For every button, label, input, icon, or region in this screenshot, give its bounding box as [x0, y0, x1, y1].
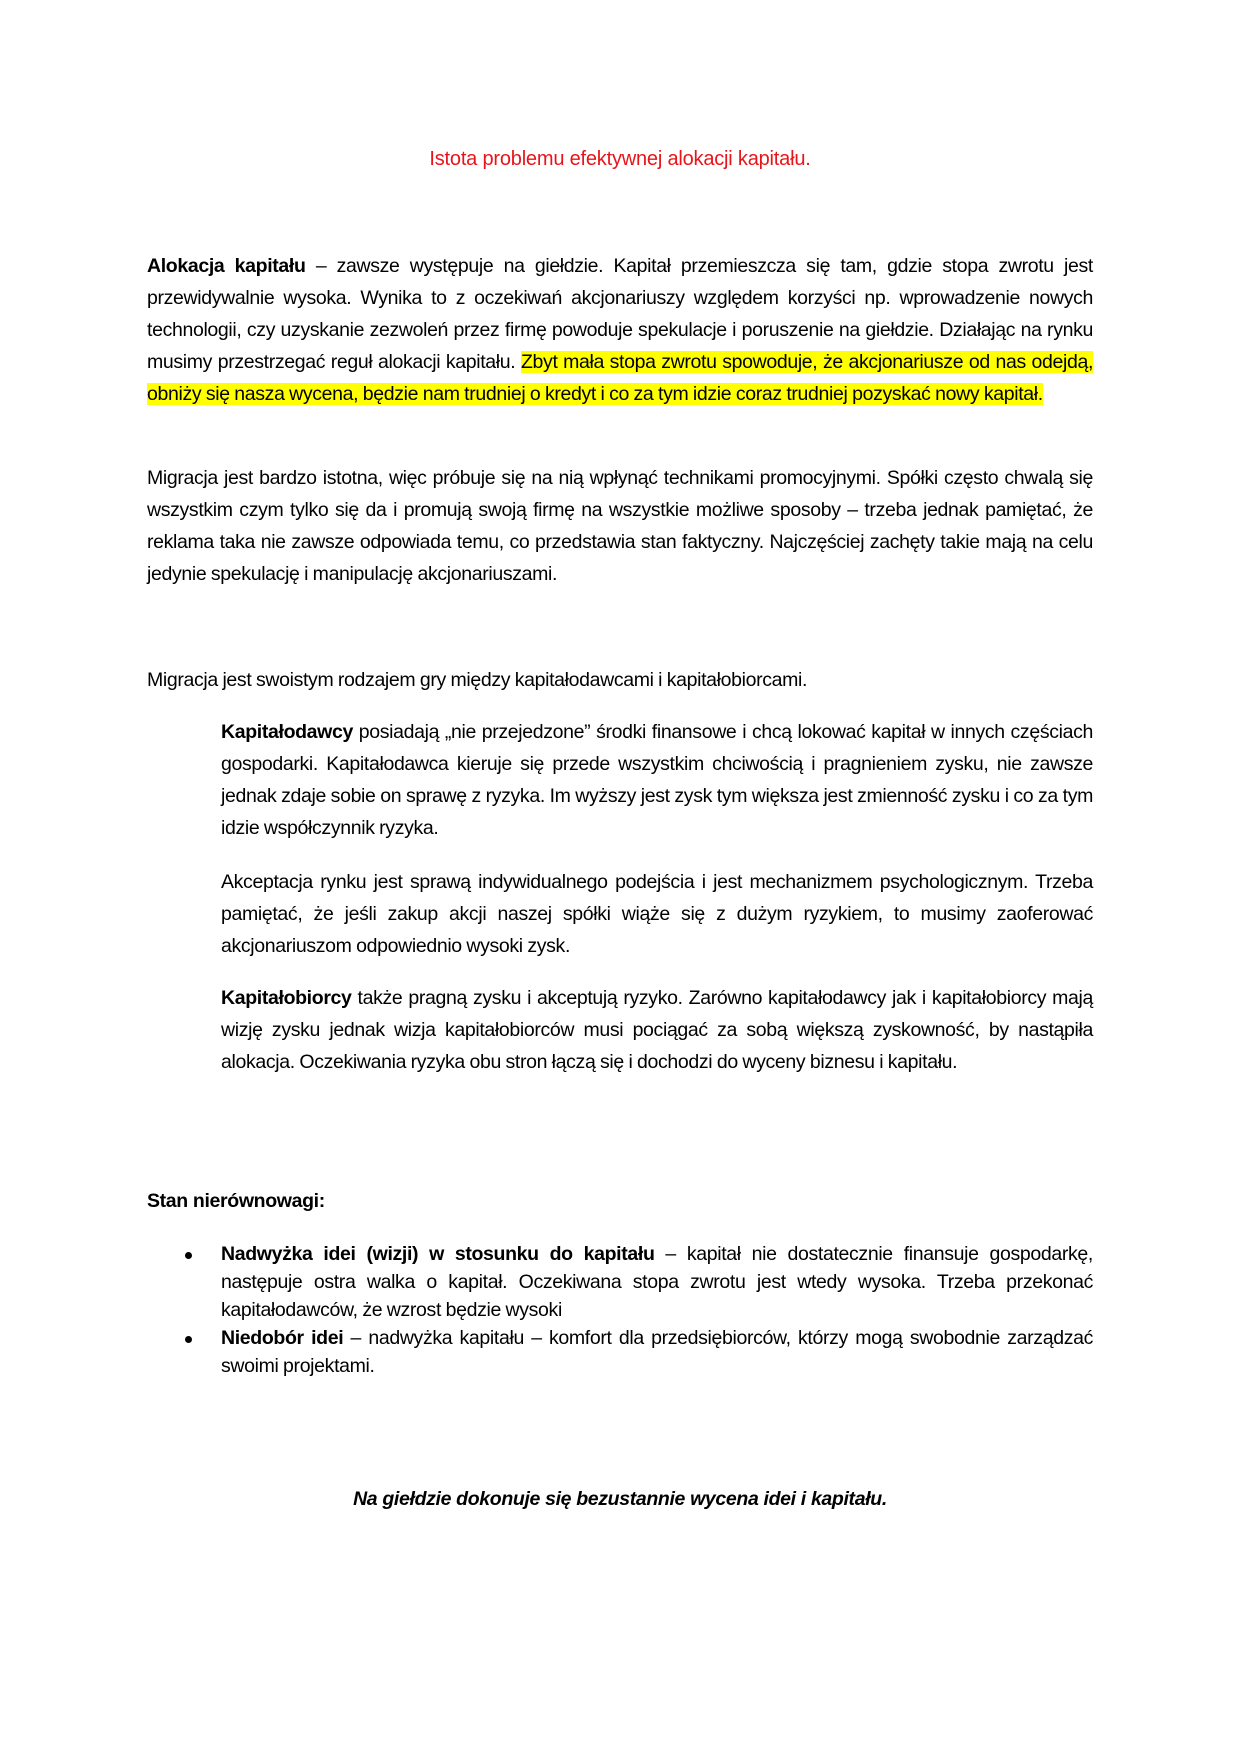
paragraph-migracja-gra: Migracja jest swoistym rodzajem gry międ…: [147, 664, 1093, 696]
bullet-icon: [185, 1336, 192, 1343]
imbalance-list: Nadwyżka idei (wizji) w stosunku do kapi…: [221, 1240, 1093, 1380]
term-alokacja-kapitalu: Alokacja kapitału: [147, 255, 306, 277]
paragraph-alokacja: Alokacja kapitału – zawsze występuje na …: [147, 250, 1093, 410]
paragraph-kapitalobiorcy-text: także pragną zysku i akceptują ryzyko. Z…: [221, 987, 1093, 1073]
list-item: Niedobór idei – nadwyżka kapitału – komf…: [221, 1324, 1093, 1380]
document-page: Istota problemu efektywnej alokacji kapi…: [0, 0, 1240, 1754]
paragraph-kapitalobiorcy: Kapitałobiorcy także pragną zysku i akce…: [221, 982, 1093, 1078]
section-heading: Stan nierównowagi:: [147, 1190, 325, 1213]
bullet-icon: [185, 1252, 192, 1259]
term-kapitalobiorcy: Kapitałobiorcy: [221, 987, 352, 1009]
list-item-text: – nadwyżka kapitału – komfort dla przeds…: [221, 1327, 1093, 1377]
term-kapitalodawcy: Kapitałodawcy: [221, 721, 353, 743]
paragraph-migracja: Migracja jest bardzo istotna, więc próbu…: [147, 462, 1093, 590]
paragraph-akceptacja: Akceptacja rynku jest sprawą indywidualn…: [221, 866, 1093, 962]
list-item-term: Niedobór idei: [221, 1327, 343, 1349]
list-item: Nadwyżka idei (wizji) w stosunku do kapi…: [221, 1240, 1093, 1324]
paragraph-kapitalodawcy: Kapitałodawcy posiadają „nie przejedzone…: [221, 716, 1093, 844]
document-title: Istota problemu efektywnej alokacji kapi…: [0, 148, 1240, 171]
closing-statement: Na giełdzie dokonuje się bezustannie wyc…: [0, 1488, 1240, 1511]
list-item-term: Nadwyżka idei (wizji) w stosunku do kapi…: [221, 1243, 655, 1265]
